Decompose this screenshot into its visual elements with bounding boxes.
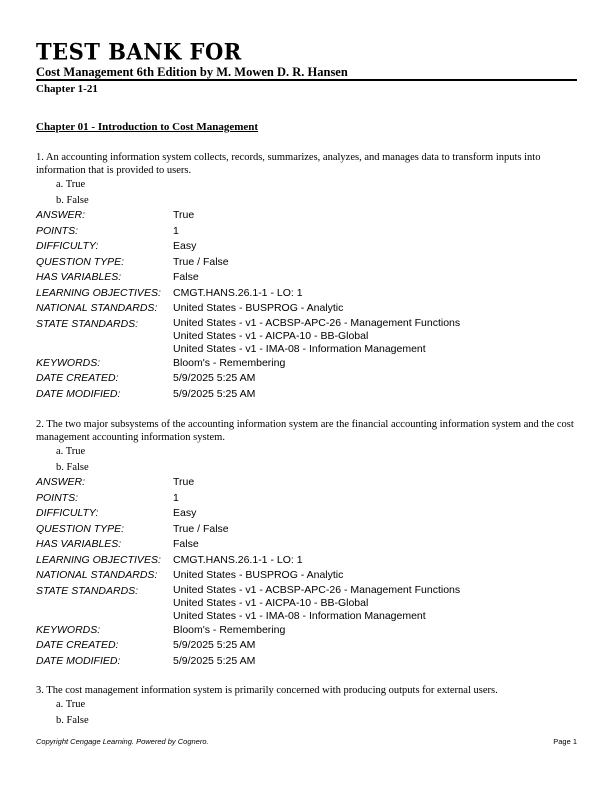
date-created-value: 5/9/2025 5:25 AM: [173, 371, 255, 387]
option-a: a. True: [56, 444, 581, 460]
points-label: POINTS:: [36, 224, 173, 240]
difficulty-label: DIFFICULTY:: [36, 239, 173, 255]
chapter-heading: Chapter 01 - Introduction to Cost Manage…: [36, 121, 258, 134]
keywords-label: KEYWORDS:: [36, 623, 173, 639]
keywords-value: Bloom's - Remembering: [173, 356, 285, 372]
learning-objectives-label: LEARNING OBJECTIVES:: [36, 286, 173, 302]
question-type-value: True / False: [173, 255, 229, 271]
points-label: POINTS:: [36, 491, 173, 507]
question-metadata: ANSWER:True POINTS:1 DIFFICULTY:Easy QUE…: [36, 208, 581, 402]
national-standards-label: NATIONAL STANDARDS:: [36, 301, 173, 317]
page-number: Page 1: [553, 737, 577, 747]
difficulty-value: Easy: [173, 239, 196, 255]
state-standard: United States - v1 - AICPA-10 - BB-Globa…: [173, 597, 460, 610]
state-standard: United States - v1 - AICPA-10 - BB-Globa…: [173, 330, 460, 343]
document-page: TEST BANK FOR Cost Management 6th Editio…: [0, 0, 612, 792]
difficulty-label: DIFFICULTY:: [36, 506, 173, 522]
option-a: a. True: [56, 697, 581, 713]
answer-label: ANSWER:: [36, 208, 173, 224]
answer-value: True: [173, 475, 194, 491]
chapter-range: Chapter 1-21: [36, 83, 98, 96]
question-text: 2. The two major subsystems of the accou…: [36, 418, 581, 444]
date-modified-value: 5/9/2025 5:25 AM: [173, 387, 255, 403]
national-standards-label: NATIONAL STANDARDS:: [36, 568, 173, 584]
state-standard: United States - v1 - ACBSP-APC-26 - Mana…: [173, 584, 460, 597]
option-a: a. True: [56, 177, 581, 193]
keywords-label: KEYWORDS:: [36, 356, 173, 372]
learning-objectives-value: CMGT.HANS.26.1-1 - LO: 1: [173, 286, 303, 302]
keywords-value: Bloom's - Remembering: [173, 623, 285, 639]
date-created-label: DATE CREATED:: [36, 638, 173, 654]
has-variables-label: HAS VARIABLES:: [36, 537, 173, 553]
question-type-value: True / False: [173, 522, 229, 538]
option-b: b. False: [56, 460, 581, 476]
option-b: b. False: [56, 193, 581, 209]
banner-title: TEST BANK FOR: [36, 39, 242, 64]
answer-value: True: [173, 208, 194, 224]
difficulty-value: Easy: [173, 506, 196, 522]
learning-objectives-label: LEARNING OBJECTIVES:: [36, 553, 173, 569]
book-title: Cost Management 6th Edition by M. Mowen …: [36, 65, 348, 79]
question-metadata: ANSWER:True POINTS:1 DIFFICULTY:Easy QUE…: [36, 475, 581, 669]
question-2: 2. The two major subsystems of the accou…: [36, 418, 581, 669]
question-type-label: QUESTION TYPE:: [36, 255, 173, 271]
question-3: 3. The cost management information syste…: [36, 684, 581, 728]
state-standards-values: United States - v1 - ACBSP-APC-26 - Mana…: [173, 317, 460, 356]
points-value: 1: [173, 491, 179, 507]
header-rule: [36, 79, 577, 81]
learning-objectives-value: CMGT.HANS.26.1-1 - LO: 1: [173, 553, 303, 569]
question-text: 1. An accounting information system coll…: [36, 151, 581, 177]
state-standard: United States - v1 - IMA-08 - Informatio…: [173, 610, 460, 623]
page-footer: Copyright Cengage Learning. Powered by C…: [36, 737, 577, 747]
state-standards-label: STATE STANDARDS:: [36, 584, 173, 623]
state-standards-values: United States - v1 - ACBSP-APC-26 - Mana…: [173, 584, 460, 623]
national-standards-value: United States - BUSPROG - Analytic: [173, 301, 343, 317]
question-1: 1. An accounting information system coll…: [36, 151, 581, 402]
has-variables-value: False: [173, 537, 199, 553]
date-modified-value: 5/9/2025 5:25 AM: [173, 654, 255, 670]
national-standards-value: United States - BUSPROG - Analytic: [173, 568, 343, 584]
question-type-label: QUESTION TYPE:: [36, 522, 173, 538]
copyright-text: Copyright Cengage Learning. Powered by C…: [36, 737, 209, 747]
date-modified-label: DATE MODIFIED:: [36, 654, 173, 670]
points-value: 1: [173, 224, 179, 240]
has-variables-value: False: [173, 270, 199, 286]
date-modified-label: DATE MODIFIED:: [36, 387, 173, 403]
state-standard: United States - v1 - IMA-08 - Informatio…: [173, 343, 460, 356]
date-created-label: DATE CREATED:: [36, 371, 173, 387]
state-standards-label: STATE STANDARDS:: [36, 317, 173, 356]
option-b: b. False: [56, 713, 581, 729]
question-text: 3. The cost management information syste…: [36, 684, 581, 697]
has-variables-label: HAS VARIABLES:: [36, 270, 173, 286]
date-created-value: 5/9/2025 5:25 AM: [173, 638, 255, 654]
state-standard: United States - v1 - ACBSP-APC-26 - Mana…: [173, 317, 460, 330]
answer-label: ANSWER:: [36, 475, 173, 491]
